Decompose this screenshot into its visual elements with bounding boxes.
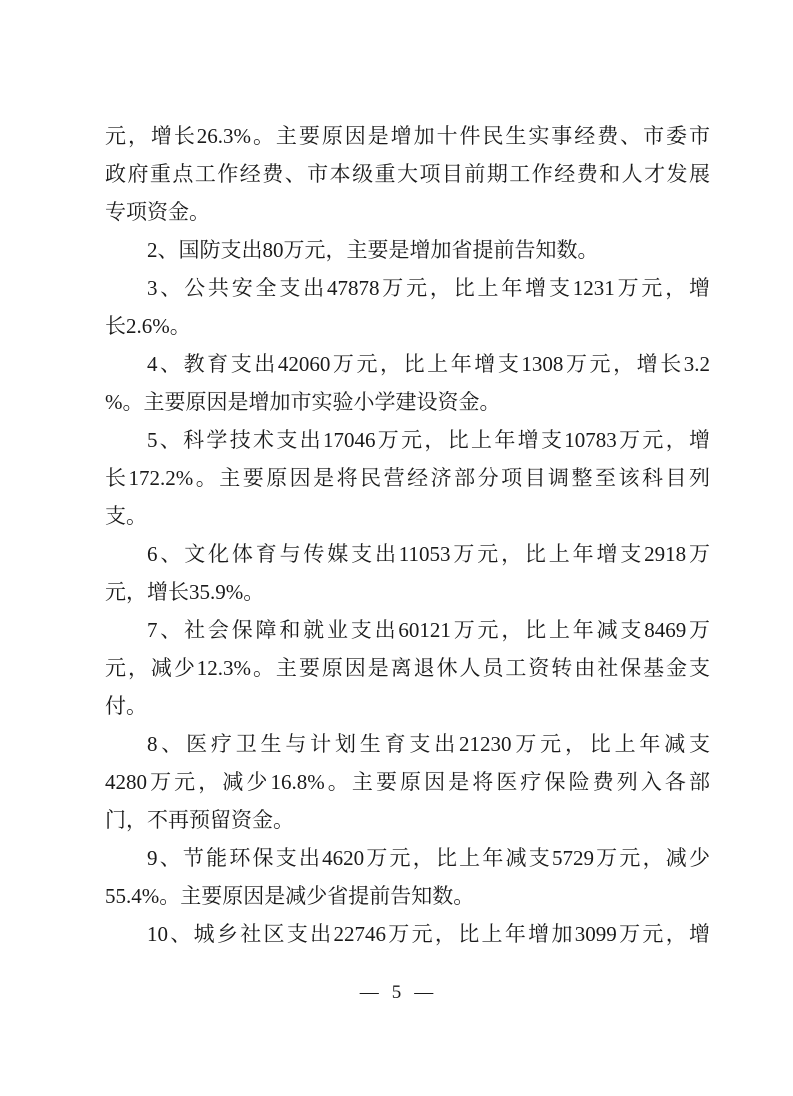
page-footer: —5— xyxy=(0,980,793,1006)
footer-dash-left: — xyxy=(360,982,379,1003)
text-line: 55.4%。主要原因是减少省提前告知数。 xyxy=(105,877,710,915)
paragraph: 9、节能环保支出4620万元，比上年减支5729万元，减少55.4%。主要原因是… xyxy=(105,839,710,915)
text-line: 2、国防支出80万元，主要是增加省提前告知数。 xyxy=(105,231,710,269)
text-line: 专项资金。 xyxy=(105,193,710,231)
text-line: 元，增长26.3%。主要原因是增加十件民生实事经费、市委市 xyxy=(105,117,710,155)
text-line: 4、教育支出42060万元，比上年增支1308万元，增长3.2 xyxy=(105,345,710,383)
paragraph: 5、科学技术支出17046万元，比上年增支10783万元，增长172.2%。主要… xyxy=(105,421,710,535)
paragraph: 3、公共安全支出47878万元，比上年增支1231万元，增长2.6%。 xyxy=(105,269,710,345)
paragraph: 2、国防支出80万元，主要是增加省提前告知数。 xyxy=(105,231,710,269)
text-line: 5、科学技术支出17046万元，比上年增支10783万元，增 xyxy=(105,421,710,459)
text-line: 7、社会保障和就业支出60121万元，比上年减支8469万 xyxy=(105,611,710,649)
text-line: 8、医疗卫生与计划生育支出21230万元，比上年减支 xyxy=(105,725,710,763)
page-number: 5 xyxy=(392,982,402,1003)
footer-dash-right: — xyxy=(414,982,433,1003)
text-line: 门，不再预留资金。 xyxy=(105,801,710,839)
paragraph: 8、医疗卫生与计划生育支出21230万元，比上年减支4280万元，减少16.8%… xyxy=(105,725,710,839)
text-line: 支。 xyxy=(105,497,710,535)
text-line: 6、文化体育与传媒支出11053万元，比上年增支2918万 xyxy=(105,535,710,573)
paragraph: 7、社会保障和就业支出60121万元，比上年减支8469万元，减少12.3%。主… xyxy=(105,611,710,725)
document-page: 元，增长26.3%。主要原因是增加十件民生实事经费、市委市政府重点工作经费、市本… xyxy=(0,0,793,1096)
text-line: 3、公共安全支出47878万元，比上年增支1231万元，增 xyxy=(105,269,710,307)
text-line: 元，增长35.9%。 xyxy=(105,573,710,611)
paragraph: 10、城乡社区支出22746万元，比上年增加3099万元，增 xyxy=(105,915,710,953)
paragraph: 4、教育支出42060万元，比上年增支1308万元，增长3.2%。主要原因是增加… xyxy=(105,345,710,421)
text-line: 政府重点工作经费、市本级重大项目前期工作经费和人才发展 xyxy=(105,155,710,193)
text-line: 9、节能环保支出4620万元，比上年减支5729万元，减少 xyxy=(105,839,710,877)
paragraph: 6、文化体育与传媒支出11053万元，比上年增支2918万元，增长35.9%。 xyxy=(105,535,710,611)
text-line: 付。 xyxy=(105,687,710,725)
document-body: 元，增长26.3%。主要原因是增加十件民生实事经费、市委市政府重点工作经费、市本… xyxy=(105,117,710,953)
text-line: 10、城乡社区支出22746万元，比上年增加3099万元，增 xyxy=(105,915,710,953)
paragraph: 元，增长26.3%。主要原因是增加十件民生实事经费、市委市政府重点工作经费、市本… xyxy=(105,117,710,231)
text-line: 长2.6%。 xyxy=(105,307,710,345)
text-line: 元，减少12.3%。主要原因是离退休人员工资转由社保基金支 xyxy=(105,649,710,687)
text-line: 4280万元，减少16.8%。主要原因是将医疗保险费列入各部 xyxy=(105,763,710,801)
text-line: 长172.2%。主要原因是将民营经济部分项目调整至该科目列 xyxy=(105,459,710,497)
text-line: %。主要原因是增加市实验小学建设资金。 xyxy=(105,383,710,421)
